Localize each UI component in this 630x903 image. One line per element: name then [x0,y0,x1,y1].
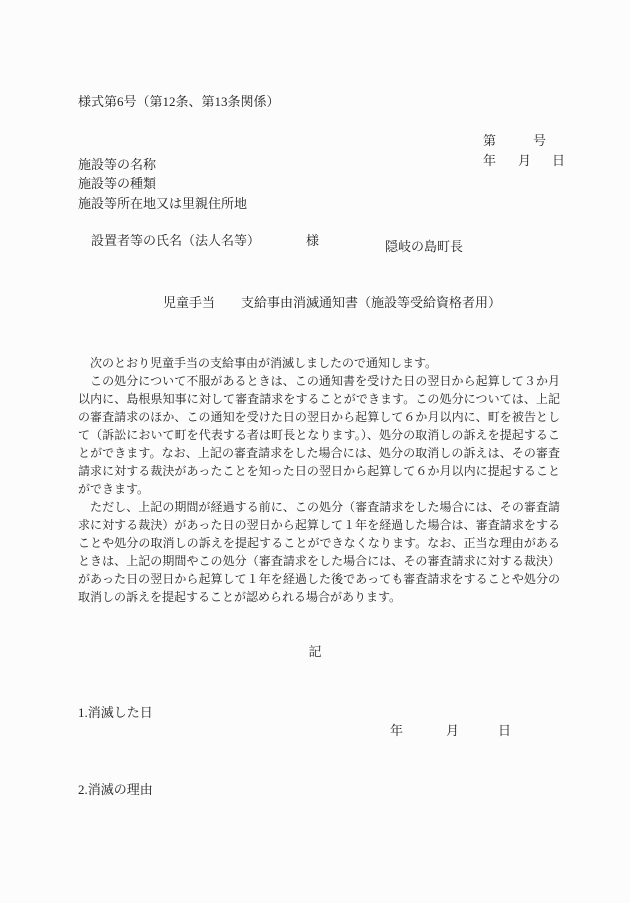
body-text: 次のとおり児童手当の支給事由が消滅しましたので通知します。 この処分について不服… [78,354,560,606]
date-day-label: 日 [552,153,565,168]
document-title: 児童手当 支給事由消滅通知書（施設等受給資格者用） [163,294,501,312]
item-extinction-reason-label: 2.消滅の理由 [78,781,153,799]
field-facility-name: 施設等の名称 [78,156,156,174]
item-extinction-date-label: 1.消滅した日 [78,704,153,722]
date-month-label: 月 [518,153,531,168]
addressee-label: 設置者等の氏名（法人名等） [91,233,260,248]
item-extinction-date-tokens: 年月日 [377,704,511,758]
appeal-paragraph: この処分について不服があるときは、この通知書を受けた日の翌日から起算して３か月以… [78,372,560,498]
addressee-line: 設置者等の氏名（法人名等）様 [78,214,319,268]
deadline-paragraph: ただし、上記の期間が経過する前に、この処分（審査請求をした場合には、その審査請求… [78,498,560,606]
field-facility-type: 施設等の種類 [78,175,156,193]
ki-heading: 記 [0,643,630,661]
item-date-day-label: 日 [498,723,511,738]
field-facility-address: 施設等所在地又は里親住所地 [78,195,247,213]
notice-paragraph: 次のとおり児童手当の支給事由が消滅しましたので通知します。 [78,354,560,372]
date-year-label: 年 [483,153,496,168]
item-date-year-label: 年 [390,723,403,738]
addressee-honorific: 様 [306,233,319,248]
sender-name: 隠岐の島町長 [385,238,463,256]
item-date-month-label: 月 [446,723,459,738]
issue-date-line: 年月日 [470,134,565,188]
document-page: 様式第6号（第12条、第13条関係） 第号 年月日 施設等の名称 施設等の種類 … [0,0,630,903]
form-number: 様式第6号（第12条、第13条関係） [78,93,280,111]
